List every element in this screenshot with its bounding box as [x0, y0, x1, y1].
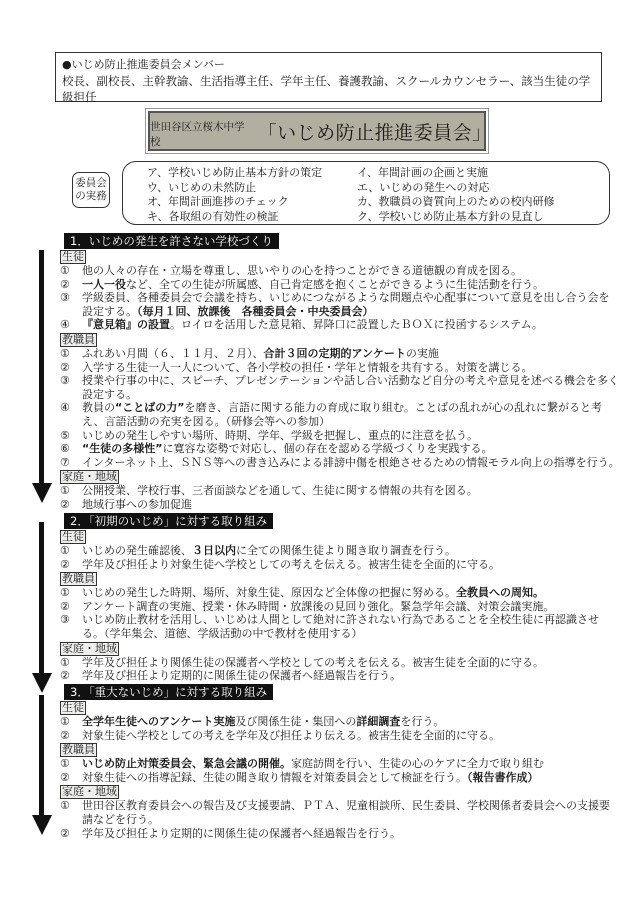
duty-item: エ、いじめの発生への対応: [357, 181, 617, 196]
item-text: いじめ防止対策委員会、緊急会議の開催。家庭訪問を行い、生徒の心のケアに全力で取り…: [82, 757, 620, 771]
item-body: 学年及び担任より関係生徒の保護者へ学校としての考えを伝える。被害生徒を全面的に守…: [82, 656, 544, 669]
item-number: ⑦: [60, 456, 82, 470]
item-body: 地域行事への参加促進: [82, 498, 192, 511]
item-body: 他の人々の存在・立場を尊重し、思いやりの心を持つことができる道徳観の育成を図る。: [82, 264, 522, 277]
list-item: ②学年及び担任より定期的に関係生徒の保護者へ経過報告を行う。: [60, 669, 620, 683]
members-box: ●いじめ防止推進委員会メンバー 校長、副校長、主幹教諭、生活指導主任、学年主任、…: [55, 52, 602, 102]
item-text: いじめの発生した時期、場所、対象生徒、原因など全体像の把握に努める。全教員への周…: [82, 586, 620, 600]
item-emphasis: （報告書作成）: [467, 771, 539, 784]
category-row: 生徒: [60, 249, 620, 264]
item-text: 対象生徒へ学校としての考えを学年及び担任より伝える。被害生徒を全面的に守る。: [82, 729, 620, 743]
arrow-down-icon: [32, 815, 52, 835]
item-text: 学級委員、各種委員会で会議を持ち、いじめにつながるような問題点や心配事について意…: [82, 291, 620, 318]
list-item: ①ふれあい月間（６、１１月、２月）、合計３回の定期的アンケートの実施: [60, 347, 620, 361]
section-serious-bullying: 3．「重大ないじめ」に対する取り組み生徒①全学年生徒へのアンケート実施及び関係生…: [60, 684, 620, 840]
item-body: 公開授業、学校行事、三者面談などを通して、生徒に関する情報の共有を図る。: [82, 484, 478, 497]
item-text: いじめの発生確認後、３日以内に全ての関係生徒より聞き取り調査を行う。: [82, 544, 620, 558]
item-body: いじめの発生した時期、場所、対象生徒、原因など全体像の把握に努める。: [82, 586, 456, 599]
item-number: ③: [60, 291, 82, 318]
category-label: 家庭・地域: [60, 470, 119, 484]
duties-box: ア、学校いじめ防止基本方針の策定 イ、年間計画の企画と実施 ウ、いじめの未然防止…: [122, 161, 610, 225]
list-item: ②地域行事への参加促進: [60, 498, 620, 512]
item-body: に寛容な姿勢で対応し、個の存在を認める学級づくりを実践する。: [162, 442, 492, 455]
item-body: 教員の: [82, 401, 115, 414]
list-item: ②入学する生徒一人一人について、各小学校の担任・学年と情報を共有する。対策を講じ…: [60, 361, 620, 375]
list-item: ①他の人々の存在・立場を尊重し、思いやりの心を持つことができる道徳観の育成を図る…: [60, 264, 620, 278]
category-row: 家庭・地域: [60, 784, 620, 799]
item-number: ①: [60, 484, 82, 498]
flow-line-1: [39, 250, 44, 485]
duty-item: ウ、いじめの未然防止: [147, 181, 357, 196]
list-item: ③いじめ防止教材を活用し、いじめは人間として絶対に許されない行為であることを全校…: [60, 613, 620, 640]
category-row: 教職員: [60, 332, 620, 347]
category-label: 教職員: [60, 572, 97, 586]
item-number: ⑤: [60, 429, 82, 443]
item-text: 世田谷区教育委員会への報告及び支援要請、ＰＴＡ、児童相談所、民生委員、学校関係者…: [82, 799, 620, 826]
item-text: 授業や行事の中に、スピーチ、プレゼンテーションや話し合い活動など自分の考えや意見…: [82, 374, 620, 401]
category-row: 教職員: [60, 742, 620, 757]
item-emphasis: 一人一役: [82, 278, 126, 291]
item-text: 学年及び担任より関係生徒の保護者へ学校としての考えを伝える。被害生徒を全面的に守…: [82, 656, 620, 670]
item-text: いじめの発生しやすい場所、時期、学年、学級を把握し、重点的に注意を払う。: [82, 429, 620, 443]
item-number: ①: [60, 347, 82, 361]
item-body: いじめの発生しやすい場所、時期、学年、学級を把握し、重点的に注意を払う。: [82, 429, 478, 442]
item-emphasis: “生徒の多様性”: [82, 442, 162, 455]
item-text: 他の人々の存在・立場を尊重し、思いやりの心を持つことができる道徳観の育成を図る。: [82, 264, 620, 278]
item-emphasis: 『意見箱』の設置: [82, 318, 170, 331]
item-body: インターネット上、ＳＮＳ等への書き込みによる誹謗中傷を根絶させるための情報モラル…: [82, 456, 620, 469]
item-number: ①: [60, 544, 82, 558]
item-body: 対象生徒へ学校としての考えを学年及び担任より伝える。被害生徒を全面的に守る。: [82, 729, 500, 742]
duties-label: 委員会の実務: [72, 172, 110, 208]
section-prevention: 1．いじめの発生を許さない学校づくり生徒①他の人々の存在・立場を尊重し、思いやり…: [60, 233, 620, 512]
category-row: 家庭・地域: [60, 469, 620, 484]
item-emphasis: ３日以内: [192, 544, 236, 557]
item-text: 公開授業、学校行事、三者面談などを通して、生徒に関する情報の共有を図る。: [82, 484, 620, 498]
list-item: ④教員の“ことばの力”を磨き、言語に関する能力の育成に取り組む。ことばの乱れが心…: [60, 401, 620, 428]
item-number: ②: [60, 558, 82, 572]
item-tail: を行う。: [400, 715, 444, 728]
item-number: ②: [60, 278, 82, 292]
list-item: ②アンケート調査の実施、授業・休み時間・放課後の見回り強化。緊急学年会議、対策会…: [60, 600, 620, 614]
item-number: ③: [60, 374, 82, 401]
members-list: 校長、副校長、主幹教諭、生活指導主任、学年主任、養護教諭、スクールカウンセラー、…: [62, 73, 595, 105]
item-number: ⑥: [60, 442, 82, 456]
duty-item: オ、年間計画進捗のチェック: [147, 195, 357, 210]
item-emphasis: 全学年生徒へのアンケート実施: [82, 715, 235, 728]
item-number: ①: [60, 715, 82, 729]
list-item: ①いじめ防止対策委員会、緊急会議の開催。家庭訪問を行い、生徒の心のケアに全力で取…: [60, 757, 620, 771]
category-row: 生徒: [60, 700, 620, 715]
item-number: ④: [60, 401, 82, 428]
section-title: 3．「重大ないじめ」に対する取り組み: [64, 684, 273, 700]
duty-item: イ、年間計画の企画と実施: [357, 166, 617, 181]
item-text: 入学する生徒一人一人について、各小学校の担任・学年と情報を共有する。対策を講じる…: [82, 361, 620, 375]
item-text: 全学年生徒へのアンケート実施及び関係生徒・集団への詳細調査を行う。: [82, 715, 620, 729]
item-text: 学年及び担任より定期的に関係生徒の保護者へ経過報告を行う。: [82, 827, 620, 841]
item-tail: の実施: [406, 347, 439, 360]
category-label: 生徒: [60, 701, 86, 715]
duty-item: ア、学校いじめ防止基本方針の策定: [147, 166, 357, 181]
item-number: ②: [60, 600, 82, 614]
list-item: ④『意見箱』の設置。ロイロを活用した意見箱、昇降口に設置したＢＯＸに投函するシス…: [60, 318, 620, 332]
item-body: ふれあい月間（６、１１月、２月）、: [82, 347, 264, 360]
category-label: 教職員: [60, 743, 97, 757]
list-item: ①世田谷区教育委員会への報告及び支援要請、ＰＴＡ、児童相談所、民生委員、学校関係…: [60, 799, 620, 826]
item-text: インターネット上、ＳＮＳ等への書き込みによる誹謗中傷を根絶させるための情報モラル…: [82, 456, 620, 470]
item-body: 入学する生徒一人一人について、各小学校の担任・学年と情報を共有する。対策を講じる…: [82, 361, 533, 374]
list-item: ①いじめの発生した時期、場所、対象生徒、原因など全体像の把握に努める。全教員への…: [60, 586, 620, 600]
list-item: ②学年及び担任より定期的に関係生徒の保護者へ経過報告を行う。: [60, 827, 620, 841]
arrow-down-icon: [32, 483, 52, 503]
list-item: ③学級委員、各種委員会で会議を持ち、いじめにつながるような問題点や心配事について…: [60, 291, 620, 318]
item-body: 対象生徒への指導記録、生徒の聞き取り情報を対策委員会として検証を行う。: [82, 771, 467, 784]
item-text: 学年及び担任より定期的に関係生徒の保護者へ経過報告を行う。: [82, 669, 620, 683]
list-item: ①学年及び担任より関係生徒の保護者へ学校としての考えを伝える。被害生徒を全面的に…: [60, 656, 620, 670]
item-emphasis: “ことばの力”: [115, 401, 184, 414]
list-item: ②対象生徒への指導記録、生徒の聞き取り情報を対策委員会として検証を行う。（報告書…: [60, 771, 620, 785]
section-title: 1．いじめの発生を許さない学校づくり: [64, 233, 279, 249]
item-number: ②: [60, 827, 82, 841]
category-label: 生徒: [60, 530, 86, 544]
item-body: 学年及び担任より定期的に関係生徒の保護者へ経過報告を行う。: [82, 827, 401, 840]
item-number: ①: [60, 656, 82, 670]
category-label: 家庭・地域: [60, 785, 119, 799]
duty-item: ク、学校いじめ防止基本方針の見直し: [357, 210, 617, 225]
category-label: 家庭・地域: [60, 642, 119, 656]
category-row: 家庭・地域: [60, 641, 620, 656]
item-body: など、全ての生徒が所属感、自己肯定感を抱くことができるように生徒活動を行う。: [126, 278, 544, 291]
list-item: ⑦インターネット上、ＳＮＳ等への書き込みによる誹謗中傷を根絶させるための情報モラ…: [60, 456, 620, 470]
section-early-bullying: 2．「初期のいじめ」に対する取り組み生徒①いじめの発生確認後、３日以内に全ての関…: [60, 513, 620, 683]
item-text: 学年及び担任より対象生徒へ学校としての考えを伝える。被害生徒を全面的に守る。: [82, 558, 620, 572]
item-tail: に全ての関係生徒より聞き取り調査を行う。: [236, 544, 456, 557]
category-row: 生徒: [60, 529, 620, 544]
item-body: 授業や行事の中に、スピーチ、プレゼンテーションや話し合い活動など自分の考えや意見…: [82, 374, 619, 401]
list-item: ①公開授業、学校行事、三者面談などを通して、生徒に関する情報の共有を図る。: [60, 484, 620, 498]
list-item: ②対象生徒へ学校としての考えを学年及び担任より伝える。被害生徒を全面的に守る。: [60, 729, 620, 743]
list-item: ②一人一役など、全ての生徒が所属感、自己肯定感を抱くことができるように生徒活動を…: [60, 278, 620, 292]
item-text: いじめ防止教材を活用し、いじめは人間として絶対に許されない行為であることを全校生…: [82, 613, 620, 640]
item-number: ②: [60, 771, 82, 785]
item-emphasis: 詳細調査: [356, 715, 400, 728]
list-item: ⑥“生徒の多様性”に寛容な姿勢で対応し、個の存在を認める学級づくりを実践する。: [60, 442, 620, 456]
list-item: ③授業や行事の中に、スピーチ、プレゼンテーションや話し合い活動など自分の考えや意…: [60, 374, 620, 401]
item-body: 学年及び担任より定期的に関係生徒の保護者へ経過報告を行う。: [82, 669, 401, 682]
item-text: ふれあい月間（６、１１月、２月）、合計３回の定期的アンケートの実施: [82, 347, 620, 361]
list-item: ⑤いじめの発生しやすい場所、時期、学年、学級を把握し、重点的に注意を払う。: [60, 429, 620, 443]
item-text: 教員の“ことばの力”を磨き、言語に関する能力の育成に取り組む。ことばの乱れが心の…: [82, 401, 620, 428]
flow-line-2: [39, 522, 44, 675]
item-emphasis: （毎月１回、放課後 各種委員会・中央委員会）: [137, 305, 374, 318]
item-text: 地域行事への参加促進: [82, 498, 620, 512]
item-body: 世田谷区教育委員会への報告及び支援要請、ＰＴＡ、児童相談所、民生委員、学校関係者…: [82, 799, 610, 826]
item-body: いじめの発生確認後、: [82, 544, 192, 557]
item-body: 学年及び担任より対象生徒へ学校としての考えを伝える。被害生徒を全面的に守る。: [82, 558, 500, 571]
item-number: ①: [60, 757, 82, 771]
item-body: 家庭訪問を行い、生徒の心のケアに全力で取り組む: [291, 757, 544, 770]
item-body: アンケート調査の実施、授業・休み時間・放課後の見回り強化。緊急学年会議、対策会議…: [82, 600, 554, 613]
arrow-down-icon: [32, 673, 52, 693]
category-label: 教職員: [60, 333, 97, 347]
item-body: いじめ防止教材を活用し、いじめは人間として絶対に許されない行為であることを全校生…: [82, 613, 599, 640]
members-title: ●いじめ防止推進委員会メンバー: [62, 57, 595, 73]
page-title: 「いじめ防止推進委員会」: [258, 118, 484, 145]
list-item: ②学年及び担任より対象生徒へ学校としての考えを伝える。被害生徒を全面的に守る。: [60, 558, 620, 572]
list-item: ①全学年生徒へのアンケート実施及び関係生徒・集団への詳細調査を行う。: [60, 715, 620, 729]
item-number: ③: [60, 613, 82, 640]
item-text: 『意見箱』の設置。ロイロを活用した意見箱、昇降口に設置したＢＯＸに投函するシステ…: [82, 318, 620, 332]
category-row: 教職員: [60, 571, 620, 586]
item-number: ②: [60, 361, 82, 375]
item-number: ①: [60, 586, 82, 600]
section-title: 2．「初期のいじめ」に対する取り組み: [64, 513, 273, 529]
item-number: ①: [60, 799, 82, 826]
list-item: ①いじめの発生確認後、３日以内に全ての関係生徒より聞き取り調査を行う。: [60, 544, 620, 558]
item-emphasis: 全教員への周知。: [456, 586, 544, 599]
duty-item: カ、教職員の資質向上のための校内研修: [357, 195, 617, 210]
item-number: ②: [60, 729, 82, 743]
item-number: ②: [60, 498, 82, 512]
item-text: 一人一役など、全ての生徒が所属感、自己肯定感を抱くことができるように生徒活動を行…: [82, 278, 620, 292]
item-body: 及び関係生徒・集団への: [235, 715, 356, 728]
flow-line-3: [39, 695, 44, 817]
item-number: ④: [60, 318, 82, 332]
duty-item: キ、各取組の有効性の検証: [147, 210, 357, 225]
item-text: “生徒の多様性”に寛容な姿勢で対応し、個の存在を認める学級づくりを実践する。: [82, 442, 620, 456]
item-number: ②: [60, 669, 82, 683]
item-number: ①: [60, 264, 82, 278]
category-label: 生徒: [60, 250, 86, 264]
school-name: 世田谷区立桜木中学校: [150, 119, 252, 149]
title-banner: 世田谷区立桜木中学校 「いじめ防止推進委員会」: [148, 111, 486, 151]
item-emphasis: 合計３回の定期的アンケート: [264, 347, 406, 360]
item-text: 対象生徒への指導記録、生徒の聞き取り情報を対策委員会として検証を行う。（報告書作…: [82, 771, 620, 785]
item-emphasis: いじめ防止対策委員会、緊急会議の開催。: [82, 757, 291, 770]
item-body: 。ロイロを活用した意見箱、昇降口に設置したＢＯＸに投函するシステム。: [170, 318, 543, 331]
item-text: アンケート調査の実施、授業・休み時間・放課後の見回り強化。緊急学年会議、対策会議…: [82, 600, 620, 614]
